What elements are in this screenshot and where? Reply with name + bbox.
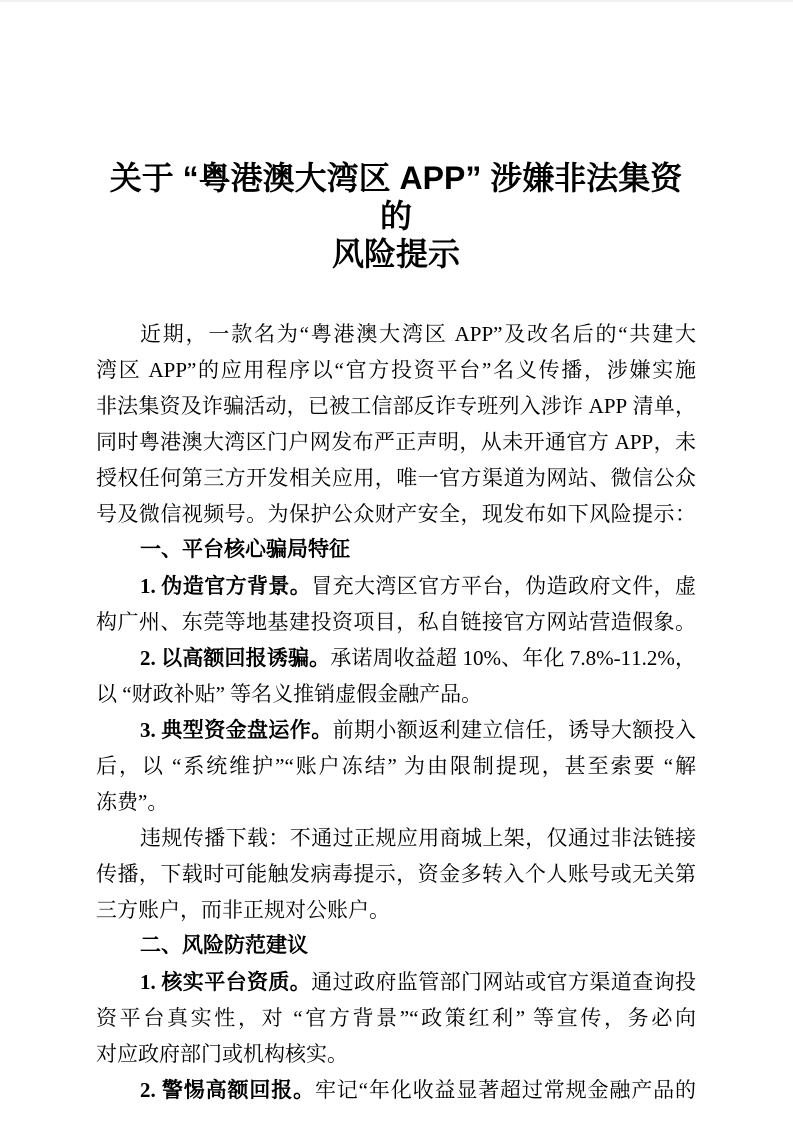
text-line: 授权任何第三方开发相关应用，唯一官方渠道为网站、微信公众 [96, 460, 696, 496]
lead-emphasis: 2. 以高额回报诱骗。 [140, 646, 330, 670]
text-line: 构广州、东莞等地基建投资项目，私自链接官方网站营造假象。 [96, 604, 696, 640]
document-content: 关于 “粤港澳大湾区 APP” 涉嫌非法集资的 风险提示 近期，一款名为“粤港澳… [96, 159, 696, 1108]
text-line: 后，以 “系统维护”“账户冻结” 为由限制提现，甚至索要 “解 [96, 748, 696, 784]
text-line: 3. 典型资金盘运作。前期小额返利建立信任，诱导大额投入 [96, 712, 696, 748]
title-line-1: 关于 “粤港澳大湾区 APP” 涉嫌非法集资的 [96, 159, 696, 235]
document-page: 关于 “粤港澳大湾区 APP” 涉嫌非法集资的 风险提示 近期，一款名为“粤港澳… [0, 0, 793, 1122]
line-text: 冒充大湾区官方平台，伪造政府文件，虚 [311, 574, 696, 598]
text-line: 以 “财政补贴” 等名义推销虚假金融产品。 [96, 676, 696, 712]
line-text: 前期小额返利建立信任，诱导大额投入 [333, 718, 696, 742]
text-line: 湾区 APP”的应用程序以“官方投资平台”名义传播，涉嫌实施 [96, 352, 696, 388]
text-line: 对应政府部门或机构核实。 [96, 1036, 696, 1072]
line-text: 承诺周收益超 10%、年化 7.8%-11.2%， [330, 646, 696, 670]
document-title: 关于 “粤港澳大湾区 APP” 涉嫌非法集资的 风险提示 [96, 159, 696, 273]
text-line: 同时粤港澳大湾区门户网发布严正声明，从未开通官方 APP，未 [96, 424, 696, 460]
title-line-2: 风险提示 [96, 235, 696, 273]
lead-emphasis: 1. 伪造官方背景。 [140, 574, 311, 598]
text-line: 三方账户，而非正规对公账户。 [96, 892, 696, 928]
text-line: 2. 以高额回报诱骗。承诺周收益超 10%、年化 7.8%-11.2%， [96, 640, 696, 676]
text-line: 传播，下载时可能触发病毒提示，资金多转入个人账号或无关第 [96, 856, 696, 892]
text-line: 资平台真实性，对 “官方背景”“政策红利” 等宣传，务必向 [96, 1000, 696, 1036]
section-heading: 二、风险防范建议 [96, 928, 696, 964]
paragraph: 2. 以高额回报诱骗。承诺周收益超 10%、年化 7.8%-11.2%，以 “财… [96, 640, 696, 712]
document-body: 近期，一款名为“粤港澳大湾区 APP”及改名后的“共建大湾区 APP”的应用程序… [96, 316, 696, 1108]
text-line: 号及微信视频号。为保护公众财产安全，现发布如下风险提示： [96, 496, 696, 532]
lead-emphasis: 3. 典型资金盘运作。 [140, 718, 333, 742]
paragraph: 1. 伪造官方背景。冒充大湾区官方平台，伪造政府文件，虚构广州、东莞等地基建投资… [96, 568, 696, 640]
lead-emphasis: 1. 核实平台资质。 [140, 970, 311, 994]
paragraph: 违规传播下载：不通过正规应用商城上架，仅通过非法链接传播，下载时可能触发病毒提示… [96, 820, 696, 928]
text-line: 1. 核实平台资质。通过政府监管部门网站或官方渠道查询投 [96, 964, 696, 1000]
line-text: 通过政府监管部门网站或官方渠道查询投 [311, 970, 696, 994]
paragraph: 近期，一款名为“粤港澳大湾区 APP”及改名后的“共建大湾区 APP”的应用程序… [96, 316, 696, 532]
paragraph: 2. 警惕高额回报。牢记“年化收益显著超过常规金融产品的 [96, 1072, 696, 1108]
line-text: 牢记“年化收益显著超过常规金融产品的 [315, 1078, 696, 1102]
text-line: 2. 警惕高额回报。牢记“年化收益显著超过常规金融产品的 [96, 1072, 696, 1108]
text-line: 违规传播下载：不通过正规应用商城上架，仅通过非法链接 [96, 820, 696, 856]
text-line: 冻费”。 [96, 784, 696, 820]
section-heading: 一、平台核心骗局特征 [96, 532, 696, 568]
text-line: 1. 伪造官方背景。冒充大湾区官方平台，伪造政府文件，虚 [96, 568, 696, 604]
paragraph: 1. 核实平台资质。通过政府监管部门网站或官方渠道查询投资平台真实性，对 “官方… [96, 964, 696, 1072]
page-top-edge [0, 0, 793, 2]
lead-emphasis: 2. 警惕高额回报。 [140, 1078, 315, 1102]
text-line: 非法集资及诈骗活动，已被工信部反诈专班列入涉诈 APP 清单， [96, 388, 696, 424]
text-line: 近期，一款名为“粤港澳大湾区 APP”及改名后的“共建大 [96, 316, 696, 352]
paragraph: 3. 典型资金盘运作。前期小额返利建立信任，诱导大额投入后，以 “系统维护”“账… [96, 712, 696, 820]
